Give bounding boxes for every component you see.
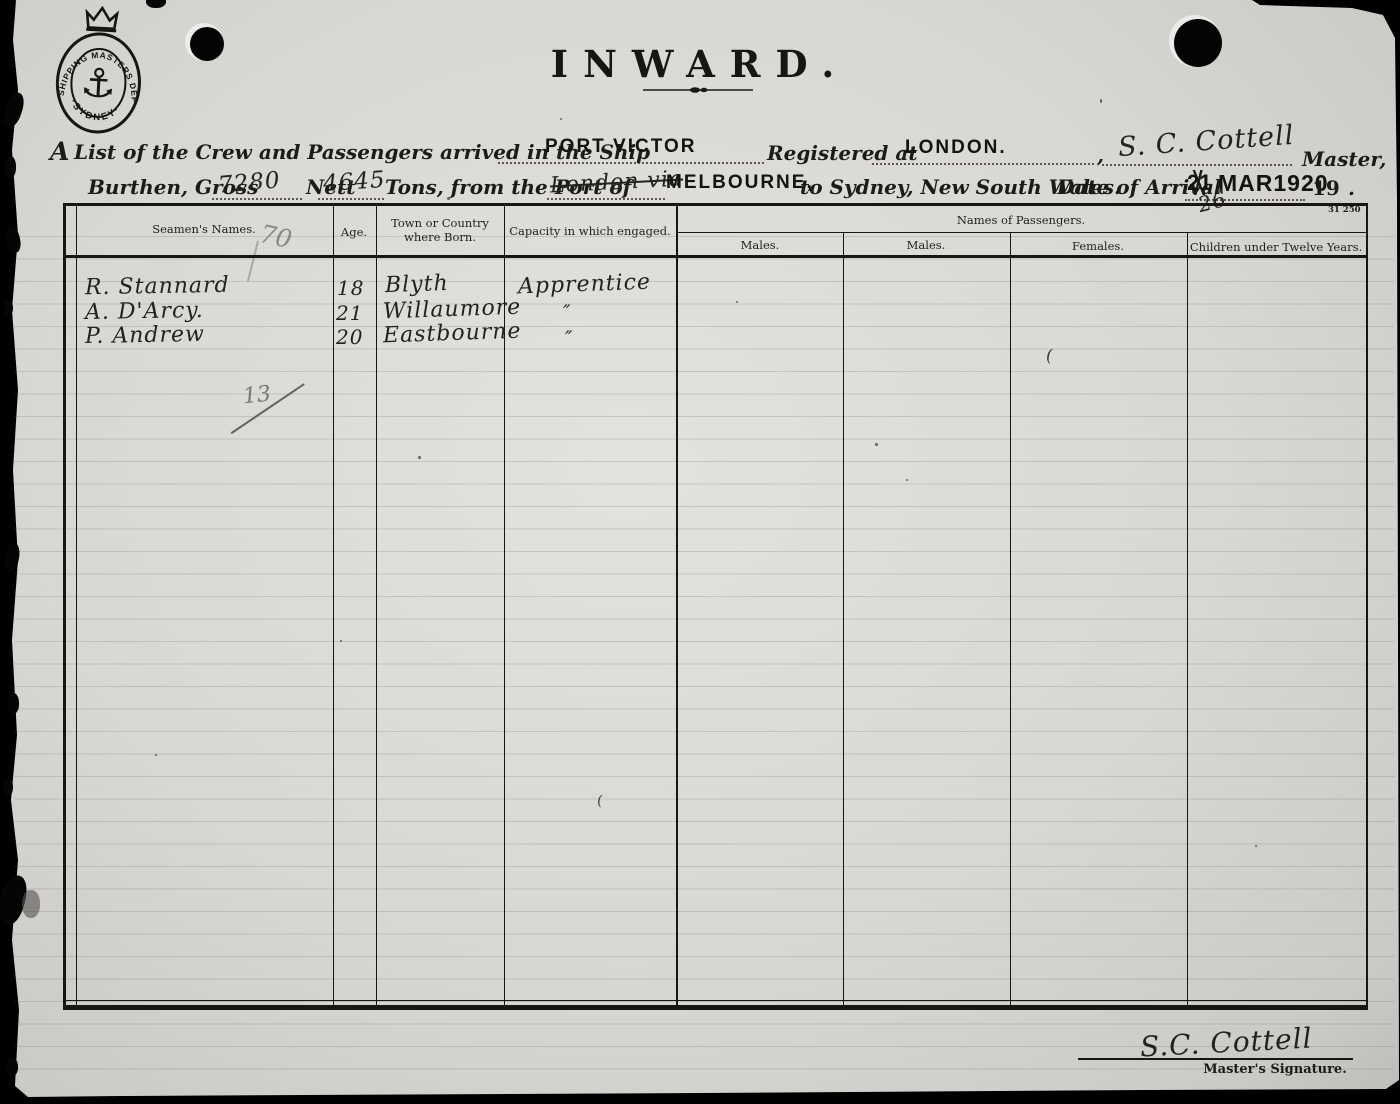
dust-speck bbox=[418, 456, 421, 459]
dotted-leader bbox=[212, 198, 302, 200]
crew-age: 21 bbox=[336, 301, 363, 325]
via-port-stamp: MELBOURNE, bbox=[666, 172, 814, 194]
col-header-females: Females. bbox=[1072, 239, 1124, 253]
table-vline-males2-left bbox=[843, 233, 844, 1008]
signature-caption: Master's Signature. bbox=[1190, 1062, 1360, 1077]
shipping-masters-seal: SHIPPING MASTERS DEPARTMENT ·SYDNEY· ⚓ bbox=[43, 3, 156, 140]
page-title: INWARD. bbox=[520, 42, 880, 86]
crew-age: 20 bbox=[336, 325, 363, 349]
table-bottom-thick-rule bbox=[63, 1005, 1368, 1010]
torn-edge-mark bbox=[6, 1058, 18, 1076]
dust-speck bbox=[447, 197, 450, 200]
pencil-annotation-13: 13 bbox=[242, 382, 272, 410]
crew-born: Blyth bbox=[385, 271, 449, 298]
col-header-age: Age. bbox=[341, 225, 367, 239]
col-header-males-2: Males. bbox=[907, 238, 946, 252]
col-header-born-line2: where Born. bbox=[404, 230, 476, 244]
torn-edge-mark bbox=[3, 300, 13, 316]
smudge bbox=[22, 890, 40, 918]
passengers-subrule bbox=[676, 232, 1366, 233]
dust-speck bbox=[906, 479, 908, 481]
table-vline-children-left bbox=[1187, 233, 1188, 1008]
dust-speck bbox=[155, 754, 157, 756]
crew-capacity-ditto: ″ bbox=[563, 300, 571, 324]
crew-capacity-ditto: ″ bbox=[565, 326, 573, 350]
crew-name: R. Stannard bbox=[85, 273, 230, 301]
ornate-initial: A bbox=[50, 137, 69, 166]
ship-name-stamp: PORT VICTOR bbox=[545, 136, 697, 158]
table-vline-right bbox=[1366, 203, 1368, 1008]
dotted-leader bbox=[547, 198, 665, 200]
dotted-leader bbox=[318, 198, 384, 200]
table-bottom-thin-rule bbox=[63, 1000, 1368, 1001]
registered-label: Registered at bbox=[767, 141, 918, 165]
table-vline-age-left bbox=[333, 203, 334, 1008]
form-code: 31 250 bbox=[1328, 205, 1361, 215]
dust-speck bbox=[1255, 845, 1257, 847]
crew-name: A. D'Arcy. bbox=[85, 298, 204, 325]
pencil-annotation-70: 70 bbox=[257, 219, 294, 254]
dust-speck bbox=[875, 443, 878, 446]
col-header-capacity: Capacity in which engaged. bbox=[509, 224, 671, 238]
table-vline-females-left bbox=[1010, 233, 1011, 1008]
col-header-passengers-group: Names of Passengers. bbox=[957, 213, 1085, 227]
master-label: Master, bbox=[1302, 147, 1386, 171]
col-header-children: Children under Twelve Years. bbox=[1190, 240, 1362, 254]
table-vline-left-inner bbox=[76, 203, 77, 1008]
dust-speck bbox=[736, 301, 738, 303]
torn-edge-mark bbox=[7, 693, 19, 714]
dust-speck bbox=[1100, 99, 1102, 103]
col-header-seamen-names: Seamen's Names. bbox=[152, 222, 256, 236]
dust-speck bbox=[340, 640, 342, 642]
crew-age: 18 bbox=[337, 276, 364, 300]
dotted-leader bbox=[872, 163, 1094, 165]
title-ornament bbox=[643, 84, 753, 96]
col-header-males-1: Males. bbox=[741, 238, 780, 252]
crew-capacity: Apprentice bbox=[518, 270, 652, 300]
torn-edge-mark bbox=[4, 156, 16, 178]
printed-year: 19 bbox=[1312, 176, 1340, 200]
dotted-leader bbox=[498, 162, 764, 164]
table-top-rule bbox=[63, 203, 1368, 206]
anchor-icon: ⚓ bbox=[79, 60, 117, 108]
punch-hole-left bbox=[190, 27, 224, 61]
nett-tons-handwritten: 4645 bbox=[322, 167, 386, 197]
registered-at-stamp: LONDON. bbox=[905, 137, 1007, 159]
col-header-born-line1: Town or Country bbox=[391, 216, 489, 230]
table-vline-born-left bbox=[376, 203, 377, 1008]
gross-tons-handwritten: 7280 bbox=[217, 167, 282, 198]
dotted-leader bbox=[1102, 164, 1292, 166]
crew-name: P. Andrew bbox=[85, 322, 205, 349]
dust-speck bbox=[560, 118, 562, 120]
table-vline-passengers-left bbox=[676, 203, 678, 1008]
table-header-rule bbox=[63, 255, 1368, 258]
scanned-document-page: SHIPPING MASTERS DEPARTMENT ·SYDNEY· ⚓ I… bbox=[0, 0, 1400, 1104]
period: . bbox=[1348, 176, 1355, 200]
table-vline-left-outer bbox=[63, 203, 66, 1008]
crown-icon bbox=[86, 7, 117, 31]
crew-born: Eastbourne bbox=[383, 319, 522, 349]
torn-edge-mark bbox=[3, 778, 13, 796]
punch-hole-right bbox=[1174, 19, 1222, 67]
